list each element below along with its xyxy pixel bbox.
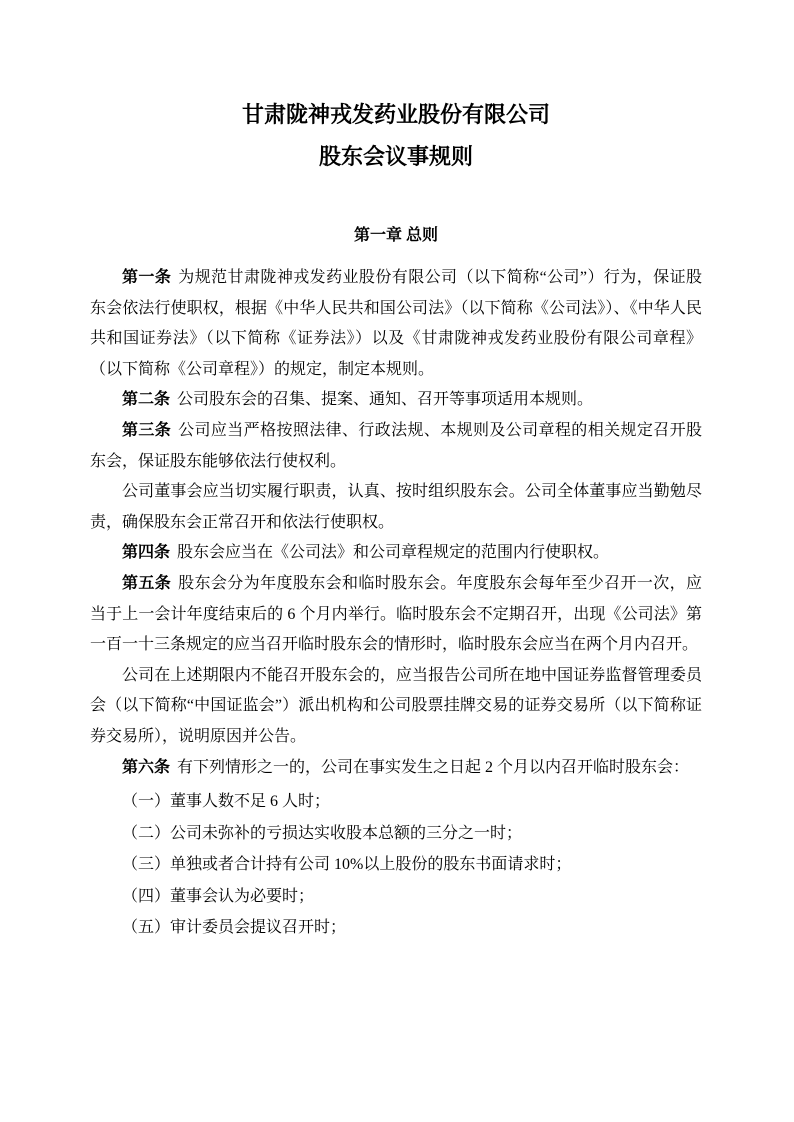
article-1-text: 为规范甘肃陇神戎发药业股份有限公司（以下简称“公司”）行为，保证股东会依法行使职… [90,269,702,378]
paragraph-article-3: 第三条公司应当严格按照法律、行政法规、本规则及公司章程的相关规定召开股东会，保证… [90,416,702,477]
article-4-text: 股东会应当在《公司法》和公司章程规定的范围内行使职权。 [177,544,609,561]
list-item-1: （一）董事人数不足 6 人时； [90,786,702,818]
article-6-text: 有下列情形之一的，公司在事实发生之日起 2 个月以内召开临时股东会： [177,759,689,776]
article-3-continuation-text: 公司董事会应当切实履行职责，认真、按时组织股东会。公司全体董事应当勤勉尽责，确保… [90,483,702,531]
article-2-text: 公司股东会的召集、提案、通知、召开等事项适用本规则。 [177,391,593,408]
paragraph-article-2: 第二条公司股东会的召集、提案、通知、召开等事项适用本规则。 [90,385,702,416]
document-body: 第一条为规范甘肃陇神戎发药业股份有限公司（以下简称“公司”）行为，保证股东会依法… [90,263,702,944]
document-page: 甘肃陇神戎发药业股份有限公司 股东会议事规则 第一章 总则 第一条为规范甘肃陇神… [0,0,794,1122]
list-item-5: （五）审计委员会提议召开时； [90,912,702,944]
article-5-number: 第五条 [122,575,178,592]
list-item-3: （三）单独或者合计持有公司 10%以上股份的股东书面请求时； [90,849,702,881]
document-content: 甘肃陇神戎发药业股份有限公司 股东会议事规则 第一章 总则 第一条为规范甘肃陇神… [0,0,794,944]
paragraph-article-4: 第四条股东会应当在《公司法》和公司章程规定的范围内行使职权。 [90,538,702,569]
article-5-text: 股东会分为年度股东会和临时股东会。年度股东会每年至少召开一次，应当于上一会计年度… [90,575,702,653]
article-4-number: 第四条 [122,544,177,561]
paragraph-article-5-continuation: 公司在上述期限内不能召开股东会的，应当报告公司所在地中国证券监督管理委员会（以下… [90,661,702,753]
article-6-number: 第六条 [122,759,177,776]
paragraph-article-6: 第六条有下列情形之一的，公司在事实发生之日起 2 个月以内召开临时股东会： [90,753,702,784]
list-item-2: （二）公司未弥补的亏损达实收股本总额的三分之一时； [90,818,702,850]
chapter-heading: 第一章 总则 [90,220,702,251]
document-subtitle: 股东会议事规则 [90,136,702,178]
document-title: 甘肃陇神戎发药业股份有限公司 [90,94,702,136]
list-item-4: （四）董事会认为必要时； [90,881,702,913]
article-3-number: 第三条 [122,422,178,439]
article-5-continuation-text: 公司在上述期限内不能召开股东会的，应当报告公司所在地中国证券监督管理委员会（以下… [90,667,702,745]
paragraph-article-3-continuation: 公司董事会应当切实履行职责，认真、按时组织股东会。公司全体董事应当勤勉尽责，确保… [90,477,702,538]
article-1-number: 第一条 [122,269,178,286]
article-2-number: 第二条 [122,391,177,408]
article-3-text: 公司应当严格按照法律、行政法规、本规则及公司章程的相关规定召开股东会，保证股东能… [90,422,702,470]
paragraph-article-5: 第五条股东会分为年度股东会和临时股东会。年度股东会每年至少召开一次，应当于上一会… [90,569,702,661]
paragraph-article-1: 第一条为规范甘肃陇神戎发药业股份有限公司（以下简称“公司”）行为，保证股东会依法… [90,263,702,385]
